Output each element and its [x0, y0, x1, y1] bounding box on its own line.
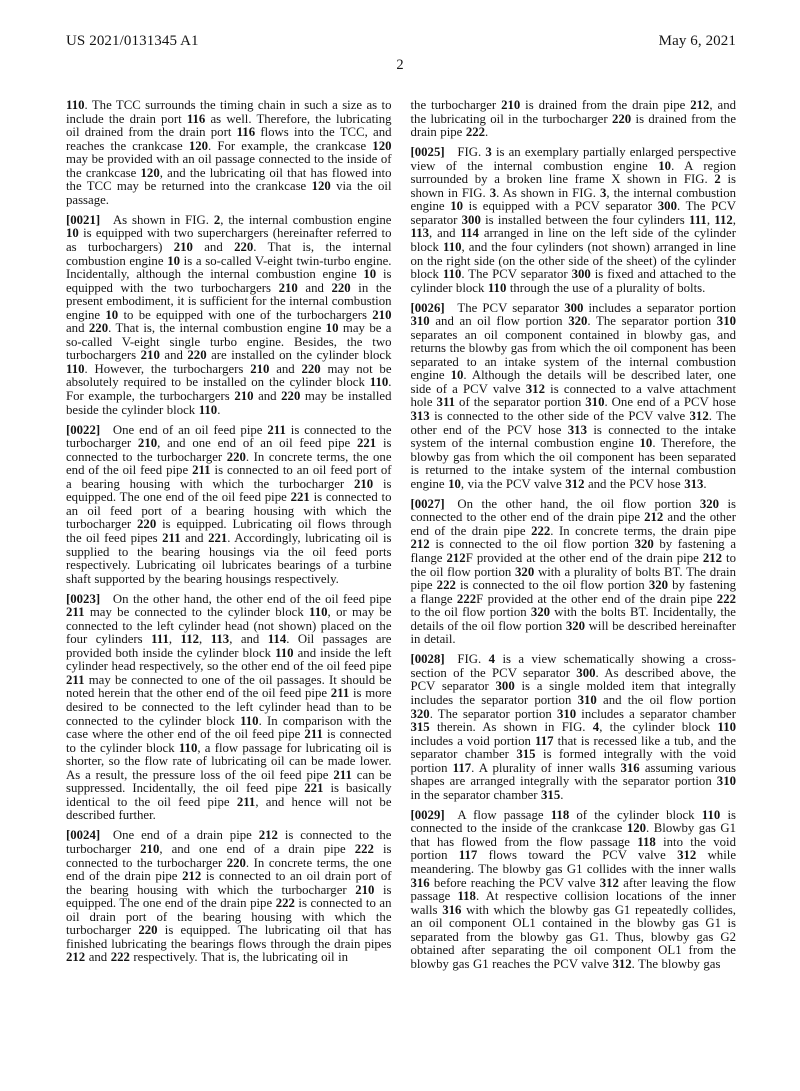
column-right: the turbocharger 210 is drained from the…: [411, 99, 737, 971]
page-number: 2: [0, 57, 800, 74]
paragraph-0023: [0023] On the other hand, the other end …: [66, 593, 392, 823]
publication-date: May 6, 2021: [659, 33, 736, 50]
body-columns: 110. The TCC surrounds the timing chain …: [0, 99, 800, 971]
paragraph-continuation-right: the turbocharger 210 is drained from the…: [411, 99, 737, 140]
patent-page: US 2021/0131345 A1 May 6, 2021 2 110. Th…: [0, 0, 800, 1091]
paragraph-0027: [0027] On the other hand, the oil flow p…: [411, 498, 737, 647]
paragraph-0025: [0025] FIG. 3 is an exemplary partially …: [411, 146, 737, 295]
paragraph-0024: [0024] One end of a drain pipe 212 is co…: [66, 829, 392, 964]
paragraph-0021: [0021] As shown in FIG. 2, the internal …: [66, 214, 392, 417]
column-left: 110. The TCC surrounds the timing chain …: [66, 99, 392, 971]
paragraph-0029: [0029] A flow passage 118 of the cylinde…: [411, 809, 737, 972]
page-header: US 2021/0131345 A1 May 6, 2021: [0, 0, 800, 50]
paragraph-continuation-left: 110. The TCC surrounds the timing chain …: [66, 99, 392, 207]
paragraph-0026: [0026] The PCV separator 300 includes a …: [411, 302, 737, 492]
paragraph-0028: [0028] FIG. 4 is a view schematically sh…: [411, 653, 737, 802]
publication-number: US 2021/0131345 A1: [66, 33, 199, 50]
paragraph-0022: [0022] One end of an oil feed pipe 211 i…: [66, 424, 392, 587]
